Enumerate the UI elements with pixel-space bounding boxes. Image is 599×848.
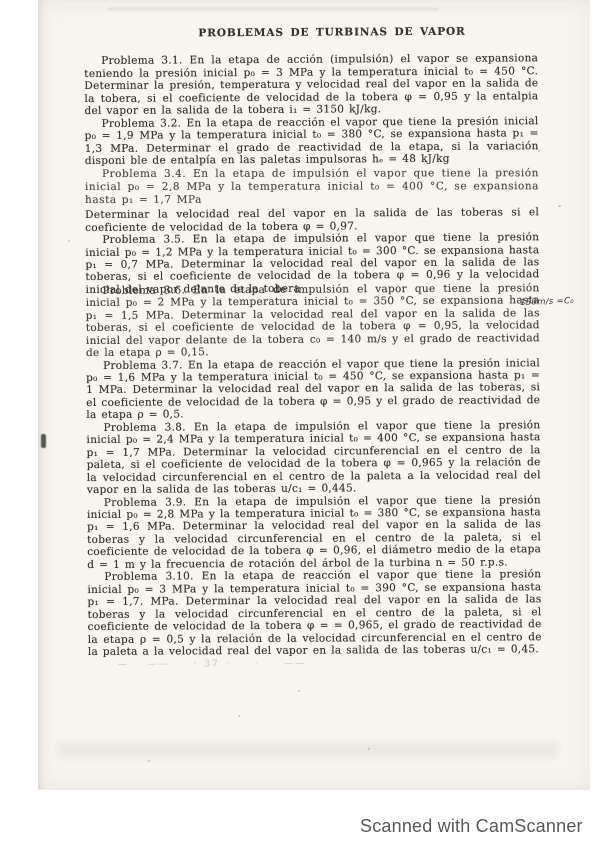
camscanner-watermark: Scanned with CamScanner (360, 816, 583, 837)
problem-3-4-task-line: Determinar la velocidad real del vapor e… (85, 206, 539, 234)
problem-paragraph-3-9: Problema 3.9. En la etapa de impulsión e… (87, 494, 541, 571)
faded-next-line-fragment: — —— · 37 · · —— (118, 657, 542, 672)
problem-paragraph-3-1: Problema 3.1. En la etapa de acción (imp… (84, 53, 538, 118)
paper-speckle (68, 240, 70, 242)
handwritten-margin-note: 150m/s =C₀ (520, 296, 574, 308)
ink-smudge (41, 434, 46, 448)
problem-paragraph-3-10: Problema 3.10. En la etapa de reacción e… (87, 568, 542, 658)
problem-paragraph-3-4: Problema 3.4. En la etapa de impulsión e… (85, 167, 539, 207)
paper-speckle (238, 715, 240, 717)
scan-artifact-streak (108, 8, 438, 10)
scanned-page: PROBLEMAS DE TURBINAS DE VAPOR Problema … (38, 0, 590, 790)
paper-speckle (368, 748, 370, 750)
document-text-block: PROBLEMAS DE TURBINAS DE VAPOR Problema … (84, 25, 542, 672)
scan-artifact-shadow-band (58, 742, 558, 758)
page-title: PROBLEMAS DE TURBINAS DE VAPOR (126, 25, 538, 40)
paper-speckle (148, 760, 150, 762)
problem-paragraph-3-2: Problema 3.2. En la etapa de reacción el… (85, 115, 539, 168)
problem-paragraph-3-6: Problema 3.6. En la etapa de impulsión e… (86, 282, 540, 359)
paper-speckle (558, 205, 561, 207)
paper-speckle (298, 690, 300, 692)
problem-paragraph-3-7: Problema 3.7. En la etapa de reacción el… (86, 357, 540, 422)
problem-paragraph-3-8: Problema 3.8. En la etapa de impulsión e… (86, 419, 540, 496)
